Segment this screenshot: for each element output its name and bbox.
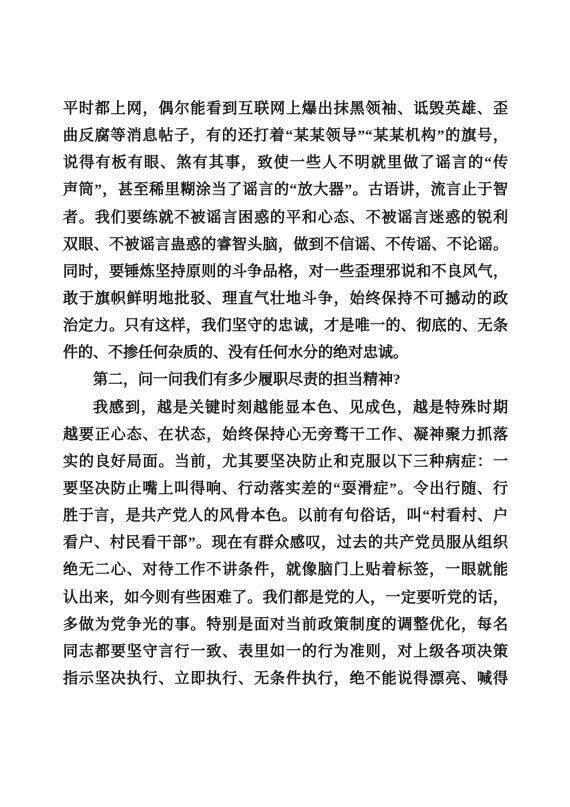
text-line: 敢于旗帜鲜明地批驳、理直气壮地斗争，始终保持不可撼动的政 <box>63 286 508 313</box>
text-line: 同志都要坚守言行一致、表里如一的行为准则，对上级各项决策 <box>63 639 508 666</box>
text-line: 绝无二心、对待工作不讲条件，就像脑门上贴着标签，一眼就能 <box>63 557 508 584</box>
text-line: 治定力。只有这样，我们坚守的忠诚，才是唯一的、彻底的、无条 <box>63 313 508 340</box>
text-line: 同时，要锤炼坚持原则的斗争品格，对一些歪理邪说和不良风气， <box>63 259 508 286</box>
text-line: 越要正心态、在状态，始终保持心无旁骛干工作、凝神聚力抓落 <box>63 422 508 449</box>
text-line: 胜于言，是共产党人的风骨本色。以前有句俗话，叫“村看村、户 <box>63 503 508 530</box>
text-line: 实的良好局面。当前，尤其要坚决防止和克服以下三种病症：一 <box>63 449 508 476</box>
text-line: 曲反腐等消息帖子，有的还打着“某某领导”“某某机构”的旗号， <box>63 123 508 150</box>
text-line: 指示坚决执行、立即执行、无条件执行，绝不能说得漂亮、喊得 <box>63 666 508 693</box>
page-background: { "page": { "background_color": "#ffffff… <box>0 0 570 807</box>
text-line: 第二，问一问我们有多少履职尽责的担当精神? <box>63 367 508 394</box>
text-line: 说得有板有眼、煞有其事，致使一些人不明就里做了谣言的“传 <box>63 150 508 177</box>
text-line: 声筒”，甚至稀里糊涂当了谣言的“放大器”。古语讲，流言止于智 <box>63 177 508 204</box>
text-line: 多做为党争光的事。特别是面对当前政策制度的调整优化，每名 <box>63 612 508 639</box>
document-text-block: 平时都上网，偶尔能看到互联网上爆出抹黑领袖、诋毁英雄、歪曲反腐等消息帖子，有的还… <box>63 96 508 693</box>
document-page: 平时都上网，偶尔能看到互联网上爆出抹黑领袖、诋毁英雄、歪曲反腐等消息帖子，有的还… <box>0 0 570 807</box>
text-line: 要坚决防止嘴上叫得响、行动落实差的“耍滑症”。令出行随、行 <box>63 476 508 503</box>
text-line: 平时都上网，偶尔能看到互联网上爆出抹黑领袖、诋毁英雄、歪 <box>63 96 508 123</box>
text-line: 件的、不掺任何杂质的、没有任何水分的绝对忠诚。 <box>63 340 508 367</box>
text-line: 我感到，越是关键时刻越能显本色、见成色，越是特殊时期 <box>63 395 508 422</box>
text-line: 看户、村民看干部”。现在有群众感叹，过去的共产党员服从组织 <box>63 530 508 557</box>
text-line: 认出来，如今则有些困难了。我们都是党的人，一定要听党的话， <box>63 585 508 612</box>
text-line: 者。我们要练就不被谣言困惑的平和心态、不被谣言迷惑的锐利 <box>63 205 508 232</box>
text-line: 双眼、不被谣言蛊惑的睿智头脑，做到不信谣、不传谣、不论谣。 <box>63 232 508 259</box>
